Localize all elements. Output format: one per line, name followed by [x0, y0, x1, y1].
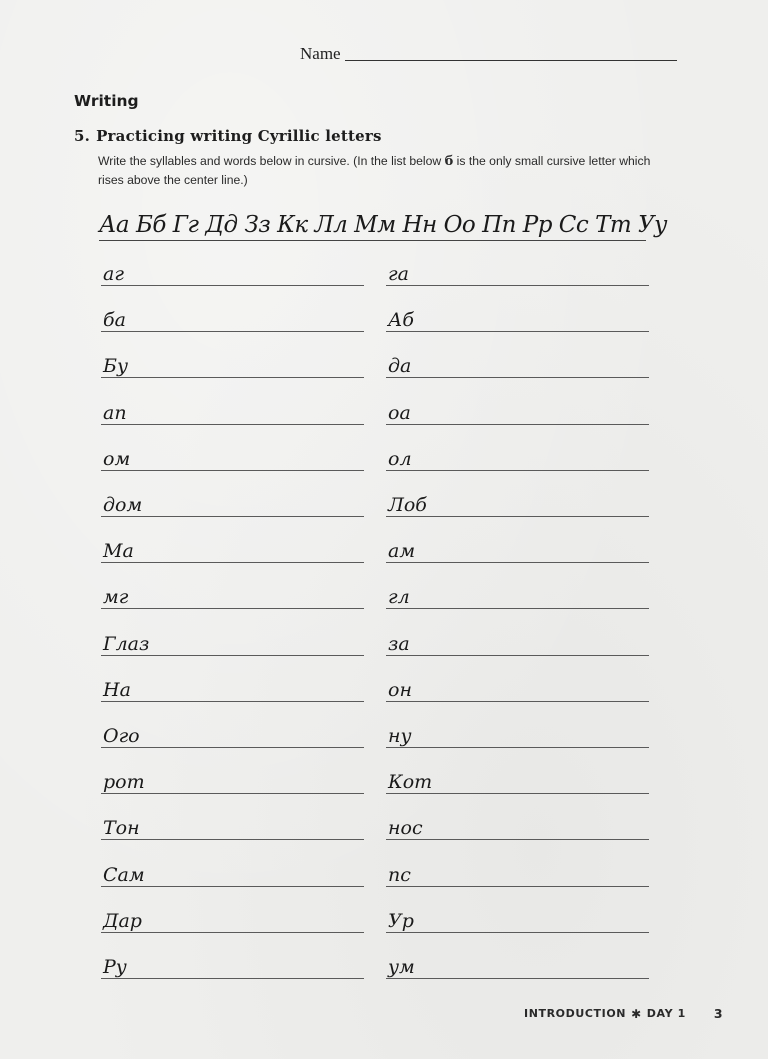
cursive-word: Ур	[388, 910, 414, 932]
cursive-word: ол	[388, 448, 412, 470]
practice-row: он	[386, 672, 649, 702]
cursive-word: ум	[388, 956, 415, 978]
practice-row: рот	[101, 764, 364, 794]
writing-line[interactable]	[386, 839, 649, 840]
practice-row: Аб	[386, 302, 649, 332]
cursive-word: Бу	[103, 355, 128, 377]
writing-line[interactable]	[101, 424, 364, 425]
practice-row: ам	[386, 533, 649, 563]
asterisk-icon: ✱	[631, 1007, 642, 1021]
cursive-word: На	[103, 679, 131, 701]
cursive-word: Ма	[103, 540, 134, 562]
practice-row: ол	[386, 441, 649, 471]
writing-line[interactable]	[386, 701, 649, 702]
practice-row: да	[386, 348, 649, 378]
cursive-word: оа	[388, 402, 411, 424]
exercise-instructions: Write the syllables and words below in c…	[98, 152, 678, 189]
name-blank-line[interactable]	[345, 60, 677, 61]
practice-row: ом	[101, 441, 364, 471]
practice-row: На	[101, 672, 364, 702]
practice-row: Бу	[101, 348, 364, 378]
cursive-word: Кот	[388, 771, 432, 793]
writing-line[interactable]	[386, 608, 649, 609]
writing-line[interactable]	[386, 562, 649, 563]
writing-line[interactable]	[386, 655, 649, 656]
exercise-title: 5.Practicing writing Cyrillic letters	[74, 127, 382, 145]
writing-line[interactable]	[101, 608, 364, 609]
practice-row: Тон	[101, 810, 364, 840]
footer-section: INTRODUCTION	[524, 1007, 626, 1020]
cursive-word: аг	[103, 263, 124, 285]
cursive-word: ба	[103, 309, 126, 331]
cursive-word: ну	[388, 725, 412, 747]
cursive-word: мг	[103, 586, 128, 608]
practice-row: Ого	[101, 718, 364, 748]
practice-row: мг	[101, 579, 364, 609]
writing-line[interactable]	[386, 886, 649, 887]
name-field-row: Name	[300, 44, 677, 64]
practice-row: Кот	[386, 764, 649, 794]
writing-line[interactable]	[101, 747, 364, 748]
name-label: Name	[300, 44, 341, 64]
practice-row: ба	[101, 302, 364, 332]
cursive-word: га	[388, 263, 409, 285]
exercise-title-text: Practicing writing Cyrillic letters	[96, 127, 382, 145]
exercise-number: 5.	[74, 127, 90, 145]
cursive-word: рот	[103, 771, 145, 793]
cursive-alphabet-line: Аа Бб Гг Дд Зз Кк Лл Мм Нн Оо Пп Рр Сс Т…	[99, 210, 646, 241]
cursive-word: Аб	[388, 309, 414, 331]
writing-line[interactable]	[386, 377, 649, 378]
writing-line[interactable]	[101, 470, 364, 471]
cursive-word: Ру	[103, 956, 127, 978]
cursive-word: Тон	[103, 817, 140, 839]
cursive-word: ам	[388, 540, 415, 562]
cursive-word: Сам	[103, 864, 145, 886]
practice-row: гл	[386, 579, 649, 609]
writing-line[interactable]	[101, 839, 364, 840]
writing-line[interactable]	[101, 978, 364, 979]
practice-row: Дар	[101, 903, 364, 933]
writing-line[interactable]	[386, 793, 649, 794]
cursive-word: да	[388, 355, 411, 377]
writing-line[interactable]	[101, 377, 364, 378]
cursive-word: ап	[103, 402, 127, 424]
writing-line[interactable]	[386, 470, 649, 471]
writing-line[interactable]	[101, 701, 364, 702]
practice-row: нос	[386, 810, 649, 840]
writing-line[interactable]	[386, 331, 649, 332]
cursive-word: нос	[388, 817, 423, 839]
highlighted-letter: б	[445, 154, 454, 169]
writing-line[interactable]	[101, 793, 364, 794]
practice-row: оа	[386, 395, 649, 425]
cursive-word: Дар	[103, 910, 142, 932]
practice-row: Глаз	[101, 626, 364, 656]
cursive-word: ом	[103, 448, 130, 470]
practice-row: Лоб	[386, 487, 649, 517]
cursive-word: Глаз	[103, 633, 149, 655]
cursive-word: за	[388, 633, 410, 655]
practice-row: ап	[101, 395, 364, 425]
cursive-word: дом	[103, 494, 142, 516]
writing-line[interactable]	[101, 516, 364, 517]
practice-row: пс	[386, 857, 649, 887]
practice-row: Ур	[386, 903, 649, 933]
practice-row: аг	[101, 256, 364, 286]
writing-line[interactable]	[386, 285, 649, 286]
writing-line[interactable]	[101, 331, 364, 332]
cursive-word: гл	[388, 586, 410, 608]
practice-row: ум	[386, 949, 649, 979]
writing-line[interactable]	[386, 424, 649, 425]
writing-line[interactable]	[101, 655, 364, 656]
cursive-word: Лоб	[388, 494, 427, 516]
page-footer: INTRODUCTION ✱ DAY 1 3	[524, 1006, 723, 1021]
practice-row: га	[386, 256, 649, 286]
cursive-word: он	[388, 679, 412, 701]
writing-line[interactable]	[101, 562, 364, 563]
cursive-word: пс	[388, 864, 411, 886]
footer-day: DAY 1	[647, 1007, 686, 1020]
practice-row: дом	[101, 487, 364, 517]
writing-line[interactable]	[101, 932, 364, 933]
writing-line[interactable]	[101, 285, 364, 286]
writing-line[interactable]	[386, 932, 649, 933]
practice-row: Сам	[101, 857, 364, 887]
practice-row: Ма	[101, 533, 364, 563]
writing-line[interactable]	[386, 516, 649, 517]
practice-row: ну	[386, 718, 649, 748]
writing-line[interactable]	[386, 747, 649, 748]
practice-row: Ру	[101, 949, 364, 979]
section-title: Writing	[74, 92, 139, 110]
cursive-word: Ого	[103, 725, 140, 747]
practice-row: за	[386, 626, 649, 656]
instructions-text: Write the syllables and words below in c…	[98, 154, 445, 168]
page-number: 3	[714, 1006, 723, 1021]
writing-line[interactable]	[386, 978, 649, 979]
writing-line[interactable]	[101, 886, 364, 887]
